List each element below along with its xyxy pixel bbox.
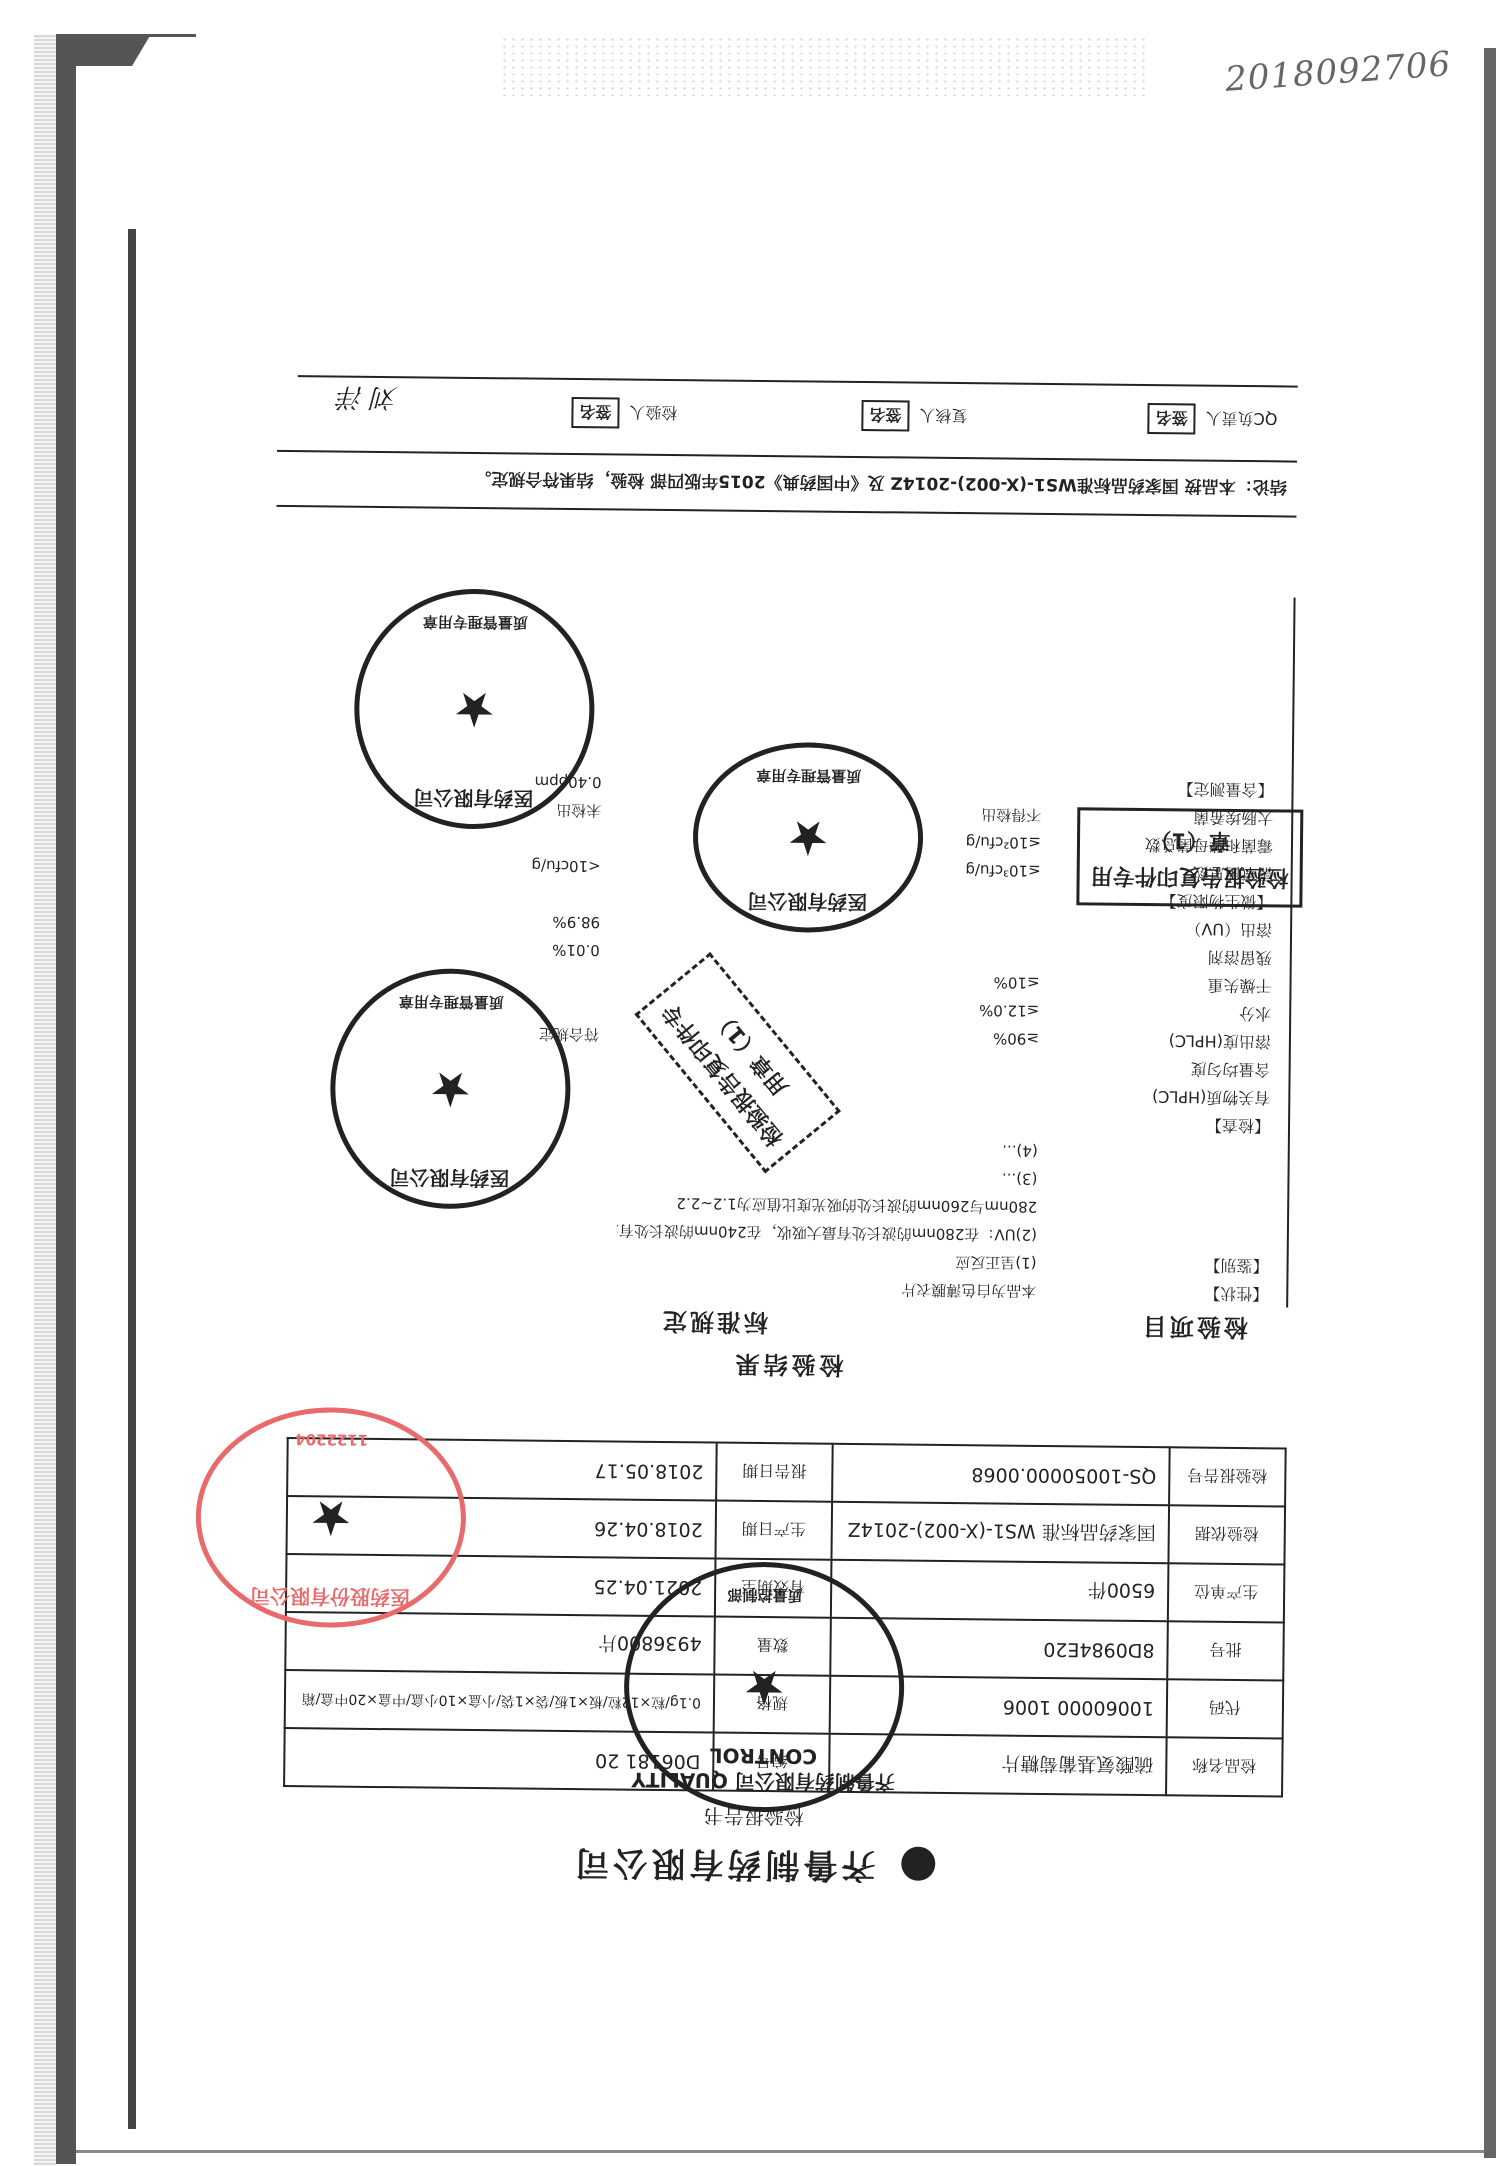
scan-border-top	[56, 34, 151, 66]
scan-border-right	[1484, 48, 1496, 2158]
item-cell: 【检查】	[1040, 1109, 1270, 1139]
standard-cell: (1)呈正反应	[616, 1244, 1036, 1276]
scan-noise-left	[34, 35, 56, 2165]
row-label: 代码	[1167, 1679, 1284, 1738]
star-icon: ★	[742, 1659, 786, 1715]
reviewer-signature: 复核人签名	[861, 400, 967, 432]
standard-cell: (2)UV：在280nm的波长处有最大吸收，在240nm的波长处有最小吸收	[617, 1216, 1037, 1248]
item-cell: 溶出度(HPLC)	[1041, 1025, 1271, 1055]
handwritten-number: 2018092706	[1224, 44, 1453, 100]
standard-cell: 280nm与260nm的波长处的吸光度比值应为1.2~2.2	[617, 1188, 1037, 1220]
result-cell	[310, 877, 600, 908]
conclusion: 结论：本品按 国家药品标准WS1-(X-002)-2014Z 及《中国药典》20…	[276, 450, 1297, 518]
item-cell: 【性状】	[1038, 1277, 1268, 1307]
company-qc-seal: 齐鲁制药有限公司 QUALITY CONTROL ★ 质量控制部	[623, 1561, 906, 1814]
result-cell	[306, 1241, 596, 1272]
signature-row: QC负责人签名 复核人签名 检验人签名 刘 洋	[297, 375, 1298, 457]
copy-stamp-2: 检验报告复印件专用章（1）	[1076, 807, 1303, 907]
row-value: 国家药品标准 WS1-(X-002)-2014Z	[832, 1502, 1170, 1564]
item-cell	[1039, 1165, 1269, 1195]
pharma-seal-3: 医药有限公司 ★ 质量管理专用章	[692, 741, 924, 933]
row-label: 报告日期	[716, 1443, 833, 1502]
row-label: 生产日期	[716, 1501, 833, 1560]
row-label: 检验报告号	[1169, 1447, 1286, 1506]
row-label: 检品名称	[1166, 1737, 1283, 1796]
pharma-seal-1: 医药有限公司 ★ 质量管理专用章	[329, 967, 572, 1210]
inspector-signature: 检验人签名	[571, 397, 677, 429]
row-label: 生产单位	[1168, 1563, 1285, 1622]
item-cell	[1039, 1193, 1269, 1223]
star-icon: ★	[786, 809, 830, 865]
item-cell: 溶出（UV）	[1042, 913, 1272, 943]
row-value: QS-10050000.0068	[832, 1444, 1170, 1506]
star-icon: ★	[453, 681, 497, 737]
standard-cell	[620, 937, 1040, 969]
result-cell	[307, 1213, 597, 1244]
pharma-seal-2: 医药有限公司 ★ 质量管理专用章	[353, 588, 596, 831]
result-cell: 0.01%	[310, 933, 600, 964]
header-item: 检验项目	[1140, 1311, 1248, 1347]
item-cell	[1039, 1221, 1269, 1251]
item-cell: 【鉴别】	[1038, 1249, 1268, 1279]
company-header: 齐鲁制药有限公司	[224, 1837, 1282, 1897]
item-cell: 有关物质(HPLC)	[1040, 1081, 1270, 1111]
row-label: 检验依据	[1168, 1505, 1285, 1564]
standard-cell: 本品为白色薄膜衣片	[616, 1272, 1036, 1304]
scan-border-top-line	[56, 34, 196, 37]
page-shadow-bar	[128, 229, 136, 2129]
result-cell: 98.9%	[310, 905, 600, 936]
standard-cell: (4)...	[618, 1133, 1038, 1165]
star-icon: ★	[429, 1061, 473, 1117]
inspection-report: 齐鲁制药有限公司 检验报告书 检品名称 硫酸氨基葡萄糖片 编号 D06181 2…	[224, 317, 1299, 1938]
item-cell	[1040, 1137, 1270, 1167]
results-title: 检验结果	[287, 1344, 1287, 1389]
handwritten-signature: 刘 洋	[337, 381, 398, 419]
item-cell: 【含量测定】	[1043, 773, 1273, 803]
star-icon: ★	[309, 1489, 353, 1545]
item-cell: 残留溶剂	[1042, 941, 1272, 971]
company-name: 齐鲁制药有限公司	[571, 1842, 875, 1885]
qc-signature: QC负责人签名	[1147, 403, 1277, 435]
item-cell: 水分	[1041, 997, 1271, 1027]
red-seal: 医药股份有限公司 ★ 1122204	[195, 1406, 467, 1629]
scan-border-bottom	[76, 2150, 1484, 2153]
row-label: 批号	[1167, 1621, 1284, 1680]
item-cell: 干燥失重	[1041, 969, 1271, 999]
result-cell: <10cfu/g	[311, 849, 601, 880]
item-cell: 含量均匀度	[1040, 1053, 1270, 1083]
scan-border-left	[56, 34, 76, 2164]
company-logo-icon	[901, 1847, 935, 1881]
header-standard: 标准规定	[660, 1306, 768, 1342]
standard-cell: (3)...	[617, 1161, 1037, 1193]
result-cell	[306, 1269, 596, 1300]
scan-noise-top	[500, 36, 1150, 96]
